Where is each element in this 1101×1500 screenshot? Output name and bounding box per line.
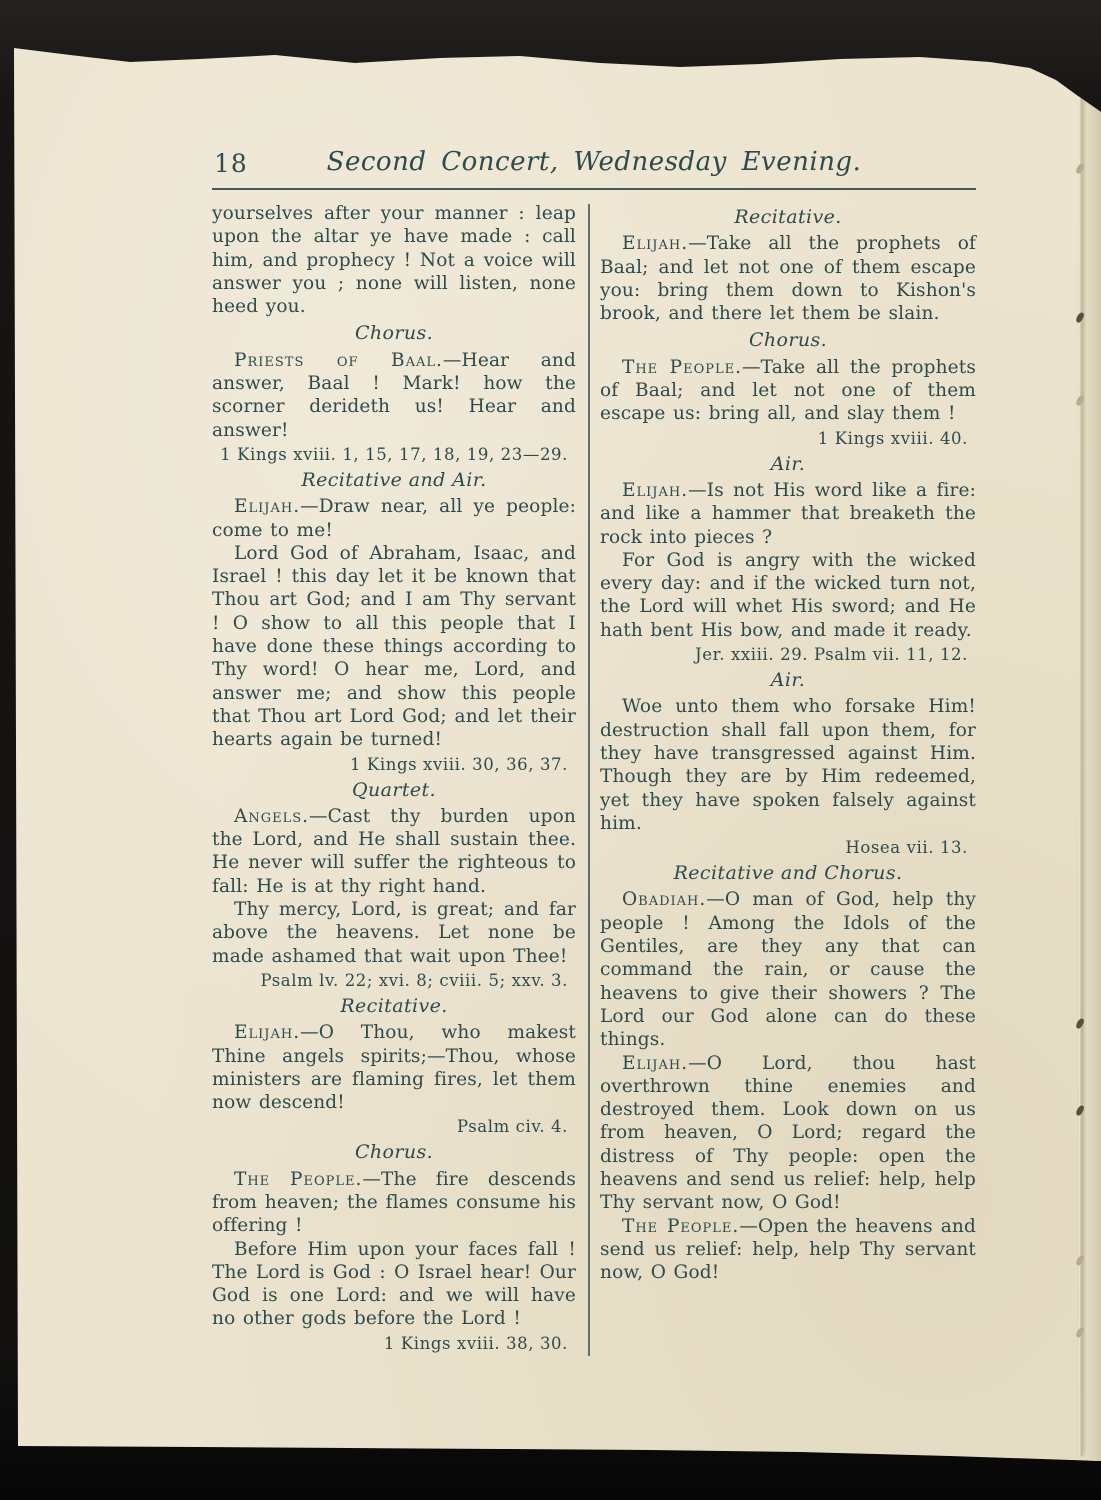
section-heading: Recitative. xyxy=(600,206,976,229)
speaker-name: The People. xyxy=(622,357,742,378)
libretto-paragraph: Obadiah.—O man of God, help thy people !… xyxy=(600,888,976,1051)
text-columns: yourselves after your manner : leap upon… xyxy=(212,202,976,1356)
scripture-citation: 1 Kings xviii. 30, 36, 37. xyxy=(212,754,576,775)
column-divider-rule xyxy=(588,204,590,1356)
section-heading: Recitative and Chorus. xyxy=(600,862,976,885)
section-heading: Chorus. xyxy=(212,1141,576,1164)
scripture-citation: 1 Kings xviii. 1, 15, 17, 18, 19, 23—29. xyxy=(212,444,576,465)
scripture-citation: 1 Kings xviii. 40. xyxy=(600,428,976,449)
speaker-name: Angels. xyxy=(234,806,309,827)
speaker-name: Elijah. xyxy=(622,1053,688,1074)
libretto-paragraph: Elijah.—Take all the prophets of Baal; a… xyxy=(600,232,976,325)
speaker-name: The People. xyxy=(622,1216,739,1237)
page-header: 18 Second Concert, Wednesday Evening. xyxy=(212,144,976,184)
libretto-paragraph: For God is angry with the wicked every d… xyxy=(600,549,976,642)
page-number: 18 xyxy=(214,149,248,178)
speaker-name: Obadiah. xyxy=(622,889,706,910)
libretto-paragraph: The People.—The fire descends from heave… xyxy=(212,1168,576,1238)
libretto-paragraph: Thy mercy, Lord, is great; and far above… xyxy=(212,898,576,968)
section-heading: Air. xyxy=(600,669,976,692)
program-page: 18 Second Concert, Wednesday Evening. yo… xyxy=(0,0,1101,1500)
section-heading: Recitative. xyxy=(212,995,576,1018)
speaker-name: Elijah. xyxy=(234,1022,300,1043)
libretto-paragraph: Lord God of Abraham, Isaac, and Israel !… xyxy=(212,542,576,752)
libretto-paragraph: Elijah.—O Thou, who makest Thine angels … xyxy=(212,1021,576,1114)
left-column: yourselves after your manner : leap upon… xyxy=(212,202,576,1356)
libretto-paragraph: Before Him upon your faces fall ! The Lo… xyxy=(212,1238,576,1331)
scripture-citation: Psalm lv. 22; xvi. 8; cviii. 5; xxv. 3. xyxy=(212,970,576,991)
scripture-citation: Psalm civ. 4. xyxy=(212,1116,576,1137)
right-column: Recitative.Elijah.—Take all the prophets… xyxy=(600,202,976,1356)
binding-crease xyxy=(1079,96,1082,1456)
libretto-paragraph: Priests of Baal.—Hear and answer, Baal !… xyxy=(212,349,576,442)
speaker-name: Elijah. xyxy=(622,233,688,254)
section-heading: Chorus. xyxy=(600,329,976,352)
speaker-name: Elijah. xyxy=(234,496,300,517)
section-heading: Recitative and Air. xyxy=(212,469,576,492)
page-fold-strip xyxy=(1083,0,1101,1500)
libretto-paragraph: Angels.—Cast thy burden upon the Lord, a… xyxy=(212,805,576,898)
scan-background: 18 Second Concert, Wednesday Evening. yo… xyxy=(0,0,1101,1500)
libretto-paragraph: Elijah.—O Lord, thou hast overthrown thi… xyxy=(600,1052,976,1215)
speaker-name: The People. xyxy=(234,1169,362,1190)
libretto-paragraph: Elijah.—Draw near, all ye people: come t… xyxy=(212,495,576,542)
scripture-citation: Hosea vii. 13. xyxy=(600,837,976,858)
libretto-paragraph: The People.—Take all the prophets of Baa… xyxy=(600,356,976,426)
section-heading: Quartet. xyxy=(212,779,576,802)
header-rule xyxy=(212,188,976,190)
section-heading: Chorus. xyxy=(212,322,576,345)
libretto-paragraph: Elijah.—Is not His word like a fire: and… xyxy=(600,479,976,549)
running-title: Second Concert, Wednesday Evening. xyxy=(212,144,976,177)
scripture-citation: Jer. xxiii. 29. Psalm vii. 11, 12. xyxy=(600,644,976,665)
section-heading: Air. xyxy=(600,453,976,476)
scripture-citation: 1 Kings xviii. 38, 30. xyxy=(212,1333,576,1354)
libretto-paragraph: Woe unto them who forsake Him! destructi… xyxy=(600,695,976,835)
speaker-name: Elijah. xyxy=(622,480,688,501)
libretto-paragraph: yourselves after your manner : leap upon… xyxy=(212,202,576,318)
libretto-paragraph: The People.—Open the heavens and send us… xyxy=(600,1215,976,1285)
speaker-name: Priests of Baal. xyxy=(234,350,443,371)
page-content: 18 Second Concert, Wednesday Evening. yo… xyxy=(212,144,976,1356)
